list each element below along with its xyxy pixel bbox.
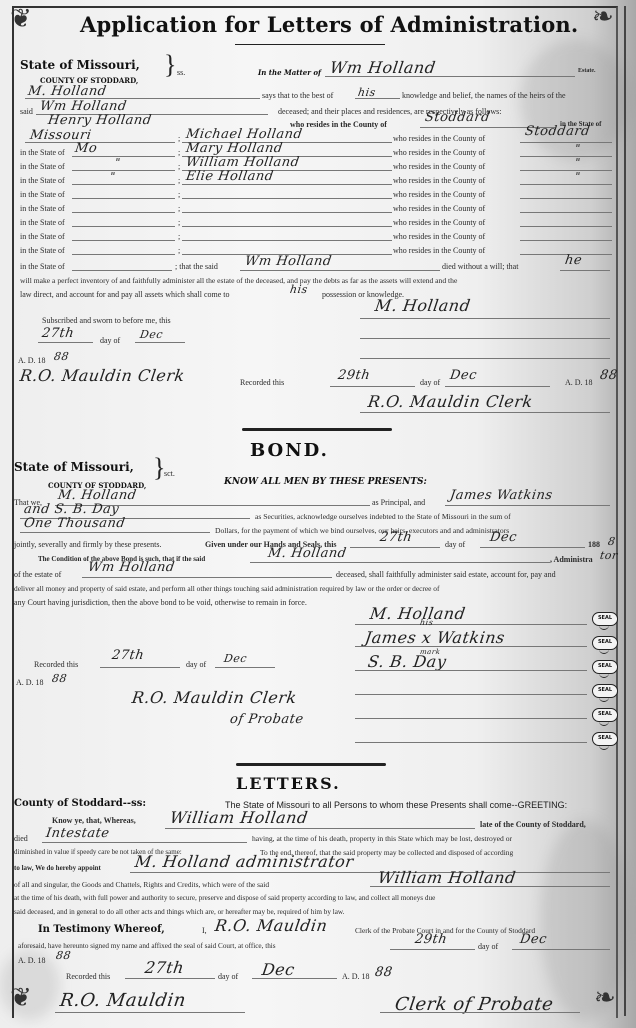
deceased-name-field[interactable]: Wm Holland [329, 58, 437, 77]
bond-recorded-label: Recorded this [34, 660, 78, 669]
section-divider [242, 428, 392, 431]
heir-county-field[interactable]: Stoddard [424, 110, 491, 125]
given-year-label: 188 [588, 540, 600, 549]
sworn-month-field[interactable]: Dec [139, 328, 164, 341]
ornament-top-right-icon: ❧ [592, 4, 614, 30]
heir-county-field[interactable]: Stoddard [524, 124, 591, 139]
recorded-year-field[interactable]: 88 [599, 368, 619, 383]
bond-state-label: State of Missouri, [14, 460, 134, 474]
in-state-label: in the State of [20, 246, 65, 255]
bracket: } [164, 52, 176, 78]
law-direct-text: law direct, and account for and pay all … [20, 290, 229, 299]
letters-title: LETTERS. [236, 774, 341, 793]
in-state-label: in the State of [20, 148, 65, 157]
document-border-right [624, 6, 626, 1016]
who-resides-label: who resides in the County of [393, 246, 485, 255]
having-text: having, at the time of his death, proper… [252, 834, 512, 843]
surety-name-field[interactable]: James Watkins [449, 488, 554, 503]
recorded-month-field[interactable]: Dec [449, 368, 478, 383]
state-label: State of Missouri, [20, 58, 140, 72]
says-text: says that to the best of [262, 91, 333, 100]
jointly-text: jointly, severally and firmly by these p… [14, 540, 161, 549]
late-of-text: late of the County of Stoddard, [480, 820, 586, 829]
who-resides-label: who resides in the County of [393, 162, 485, 171]
heir-name-field[interactable]: Michael Holland [185, 127, 303, 142]
inventory-text: will make a perfect inventory of and fai… [20, 276, 457, 285]
seal-icon: SEAL [592, 636, 618, 650]
testimony-label: In Testimony Whereof, [38, 924, 165, 935]
document-page: ❦ ❧ ❦ ❧ Application for Letters of Admin… [0, 0, 636, 1028]
court-text: any Court having jurisdiction, then the … [14, 598, 307, 607]
sworn-year-field[interactable]: 88 [53, 350, 70, 363]
bond-clerk-signature: R.O. Mauldin Clerk [131, 688, 298, 707]
who-resides-label: who resides in the County of [393, 232, 485, 241]
heir-name-field[interactable]: Henry Holland [47, 113, 153, 128]
testimony-i: I, [202, 926, 207, 935]
goods-text: of all and singular, the Goods and Chatt… [14, 880, 269, 889]
died-label: died [14, 834, 28, 843]
knowledge-text: knowledge and belief, the names of the h… [402, 91, 566, 100]
said-deceased-text: said deceased, and in general to do all … [14, 908, 344, 916]
testimony-clerk-field[interactable]: R.O. Mauldin [214, 916, 329, 935]
bond-recorded-year-field[interactable]: 88 [51, 672, 68, 685]
securities-text: as Securities, acknowledge ourselves ind… [255, 512, 511, 521]
letters-recorded-year-field[interactable]: 88 [374, 965, 394, 980]
seal-icon: SEAL [592, 684, 618, 698]
ad-label: A. D. 18 [565, 378, 593, 387]
letters-recorded-label: Recorded this [66, 972, 110, 981]
heir-name-field[interactable]: Elie Holland [185, 169, 275, 184]
given-month-field[interactable]: Dec [489, 530, 518, 545]
in-state-label: in the State of [20, 262, 65, 271]
ornament-bottom-right-icon: ❧ [594, 985, 616, 1011]
ss-label: ss. [177, 68, 185, 77]
bond-signature-1: M. Holland [369, 604, 467, 623]
day-of-label: day of [218, 972, 238, 981]
letters-deceased-field[interactable]: William Holland [169, 808, 310, 827]
seal-icon: SEAL [592, 732, 618, 746]
title-rule [235, 44, 385, 45]
condition-name-field[interactable]: M. Holland [267, 546, 348, 561]
seal-icon: SEAL [592, 660, 618, 674]
in-state-label: in the State of [20, 190, 65, 199]
died-text: died without a will; that [442, 262, 518, 271]
heir-name-field[interactable]: Mary Holland [185, 141, 284, 156]
in-state-label: in the State of [20, 204, 65, 213]
bond-recorded-day-field[interactable]: 27th [111, 648, 145, 663]
application-title: Application for Letters of Administratio… [80, 12, 578, 37]
seal-icon: SEAL [592, 708, 618, 722]
to-law-text: to law, We do hereby appoint [14, 864, 101, 872]
amount-field[interactable]: One Thousand [23, 516, 126, 531]
applicant-name-field[interactable]: M. Holland [27, 84, 108, 99]
ad-label: A. D. 18 [342, 972, 370, 981]
seal-icon: SEAL [592, 612, 618, 626]
bond-title: BOND. [250, 440, 329, 461]
letters-recorded-month-field[interactable]: Dec [261, 960, 296, 979]
ornament-top-left-icon: ❦ [10, 6, 32, 32]
aforesaid-month-field[interactable]: Dec [519, 932, 548, 947]
as-principal-text: as Principal, and [372, 498, 425, 507]
estate-label: Estate. [578, 68, 596, 74]
sworn-day-field[interactable]: 27th [41, 326, 75, 341]
clerk-signature: R.O. Mauldin Clerk [19, 366, 186, 385]
ad-year-field[interactable]: 88 [55, 949, 72, 962]
that-the-said-label: ; that the said [175, 262, 218, 271]
appointee-field[interactable]: M. Holland administrator [134, 852, 355, 871]
dollars-text: Dollars, for the payment of which we bin… [215, 526, 509, 535]
his-field[interactable]: his [289, 283, 309, 296]
letters-recorded-day-field[interactable]: 27th [144, 958, 186, 977]
day-of-label: day of [445, 540, 465, 549]
day-of-label: day of [420, 378, 440, 387]
estate-name-field[interactable]: Wm Holland [87, 560, 176, 575]
who-resides-label: who resides in the County of [393, 218, 485, 227]
in-state-label: in the State of [20, 176, 65, 185]
recorded-clerk-signature: R.O. Mauldin Clerk [367, 392, 534, 411]
recorded-day-field[interactable]: 29th [337, 368, 371, 383]
given-day-field[interactable]: 27th [379, 530, 413, 545]
know-ye-text: Know ye, that, Whereas, [52, 816, 136, 825]
bond-signature-3: S. B. Day [367, 652, 448, 671]
of-estate-label: of the estate of [14, 570, 61, 579]
recorded-this-label: Recorded this [240, 378, 284, 387]
said-deceased-field[interactable]: Wm Holland [39, 99, 128, 114]
who-resides-label: who resides in the County of [393, 204, 485, 213]
in-state-label: in the State of [20, 232, 65, 241]
who-resides-label: who resides in the County of [290, 120, 387, 129]
in-state-label: in the State of [20, 218, 65, 227]
who-resides-label: who resides in the County of [393, 190, 485, 199]
sct-label: sct. [164, 469, 175, 478]
know-all-men: KNOW ALL MEN BY THESE PRESENTS: [224, 477, 427, 487]
section-divider [236, 763, 386, 766]
bond-clerk-signature-2: of Probate [229, 712, 305, 727]
goods-name-field[interactable]: William Holland [377, 868, 518, 887]
deliver-text: deliver all money and property of said e… [14, 584, 439, 593]
day-of-label: day of [186, 660, 206, 669]
bond-recorded-month-field[interactable]: Dec [223, 652, 248, 665]
letters-county-label: County of Stoddard--ss: [14, 798, 146, 809]
administrator-suffix-field[interactable]: tor [599, 549, 619, 562]
final-clerk-signature: R.O. Mauldin [59, 990, 188, 1011]
day-of-label: day of [478, 942, 498, 951]
aforesaid-day-field[interactable]: 29th [414, 932, 448, 947]
administrator-label: , Administra [550, 555, 593, 564]
who-resides-label: who resides in the County of [393, 134, 485, 143]
said-name-field[interactable]: Wm Holland [244, 254, 333, 269]
ad-label: A. D. 18 [16, 678, 44, 687]
he-field[interactable]: he [564, 253, 583, 268]
in-state-label: in the State of [20, 162, 65, 171]
who-resides-label: who resides in the County of [393, 176, 485, 185]
intestate-field[interactable]: Intestate [45, 826, 111, 841]
bond-deceased-text: deceased, shall faithfully administer sa… [336, 570, 556, 579]
bond-signature-2: James x Watkins [364, 628, 507, 647]
ad-label: A. D. 18 [18, 956, 46, 965]
principal-name-field[interactable]: M. Holland [57, 488, 138, 503]
ad-label: A. D. 18 [18, 356, 46, 365]
said-label: said [20, 107, 33, 116]
his-mark-label: his [419, 618, 434, 627]
surety2-name-field[interactable]: and S. B. Day [23, 502, 120, 517]
heir-state-field[interactable]: Mo [74, 141, 98, 156]
day-of-label: day of [100, 336, 120, 345]
applicant-signature: M. Holland [374, 296, 472, 315]
subscribed-text: Subscribed and sworn to before me, this [42, 316, 171, 325]
heir-name-field[interactable]: William Holland [185, 155, 301, 170]
time-of-death-text: at the time of his death, with full powe… [14, 894, 435, 902]
who-resides-label: who resides in the County of [393, 148, 485, 157]
in-matter-of-label: In the Matter of [258, 68, 321, 77]
ornament-bottom-left-icon: ❦ [10, 985, 32, 1011]
